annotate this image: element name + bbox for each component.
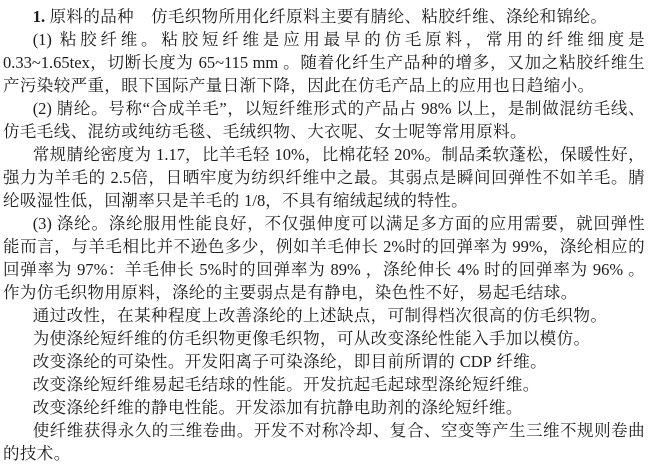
paragraph: 使纤维获得永久的三维卷曲。开发不对称冷却、复合、空变等产生三维不规则卷曲的技术。 — [3, 419, 645, 465]
text-run: 改变涤纶纤维的静电性能。开发添加有抗静电助剂的涤纶短纤维。 — [33, 398, 523, 417]
text-run: 粘胶纤维。粘胶短纤维是应用最早的仿毛原料，常用的纤维细度是 — [52, 30, 645, 49]
numeric-run: 10% — [274, 145, 304, 164]
paragraph: (3) 涤纶。涤纶服用性能良好，不仅强伸度可以满足多方面的应用需要，就回弹性能而… — [3, 212, 645, 304]
paragraph: 通过改性，在某种程度上改善涤纶的上述缺点，可制得档次很高的仿毛织物。 — [3, 304, 645, 327]
text-run: 纤维。 — [492, 352, 547, 371]
numeric-run: 1.17 — [156, 145, 185, 164]
numeric-run: 96% — [593, 260, 623, 279]
numeric-run: 97% — [77, 260, 107, 279]
text-run: ：羊毛伸长 — [107, 260, 199, 279]
numeric-run: 4% — [457, 260, 479, 279]
numeric-run: 2% — [383, 237, 405, 256]
paragraph: 改变涤纶纤维的静电性能。开发添加有抗静电助剂的涤纶短纤维。 — [3, 396, 645, 419]
numeric-run: 20% — [394, 145, 424, 164]
text-run: 腈纶。号称“合成羊毛”，以短纤维形式的产品占 — [52, 99, 421, 118]
text-run: 时的回弹率为 — [479, 260, 593, 279]
numeric-run: 0.33~1.65tex — [3, 53, 90, 72]
numeric-run: (2) — [33, 99, 52, 118]
paragraph: 改变涤纶短纤维易起毛结球的性能。开发抗起毛起球型涤纶短纤维。 — [3, 373, 645, 396]
text-run: ，不具有缩绒起绒的特性。 — [265, 191, 468, 210]
text-run: ，比羊毛轻 — [185, 145, 275, 164]
numeric-run: CDP — [460, 352, 492, 371]
document-body: 1. 原料的品种 仿毛织物所用化纤原料主要有腈纶、粘胶纤维、涤纶和锦纶。(1) … — [3, 5, 645, 465]
text-run: 时的回弹率为 — [405, 237, 512, 256]
numeric-run: 1. — [33, 7, 45, 26]
numeric-run: 2.5 — [111, 168, 132, 187]
numeric-run: 5% — [199, 260, 221, 279]
paragraph: (2) 腈纶。号称“合成羊毛”，以短纤维形式的产品占 98% 以上，是制做混纺毛… — [3, 97, 645, 143]
numeric-run: 98% — [421, 99, 451, 118]
text-run: ，涤纶伸长 — [361, 260, 457, 279]
paragraph: 1. 原料的品种 仿毛织物所用化纤原料主要有腈纶、粘胶纤维、涤纶和锦纶。 — [3, 5, 645, 28]
paragraph: 为使涤纶短纤维的仿毛织物更像毛织物，可从改变涤纶性能入手加以模仿。 — [3, 327, 645, 350]
text-run: 时的回弹率为 — [221, 260, 330, 279]
text-run: ，切断长度为 — [90, 53, 199, 72]
numeric-run: 65~115 mm — [199, 53, 279, 72]
text-run: ，比棉花轻 — [305, 145, 395, 164]
numeric-run: 99% — [512, 237, 542, 256]
numeric-run: (1) — [33, 30, 52, 49]
text-run: 为使涤纶短纤维的仿毛织物更像毛织物，可从改变涤纶性能入手加以模仿。 — [33, 329, 591, 348]
paragraph: 常规腈纶密度为 1.17，比羊毛轻 10%，比棉花轻 20%。制品柔软蓬松，保暖… — [3, 143, 645, 212]
text-run: 使纤维获得永久的三维卷曲。开发不对称冷却、复合、空变等产生三维不规则卷曲的技术。 — [3, 421, 645, 463]
text-run: 常规腈纶密度为 — [33, 145, 156, 164]
numeric-run: (3) — [33, 214, 52, 233]
text-run: 改变涤纶短纤维易起毛结球的性能。开发抗起毛起球型涤纶短纤维。 — [33, 375, 540, 394]
numeric-run: 89% — [331, 260, 361, 279]
document-page: 1. 原料的品种 仿毛织物所用化纤原料主要有腈纶、粘胶纤维、涤纶和锦纶。(1) … — [0, 0, 651, 465]
paragraph: 改变涤纶的可染性。开发阳离子可染涤纶，即目前所谓的 CDP 纤维。 — [3, 350, 645, 373]
text-run: 改变涤纶的可染性。开发阳离子可染涤纶，即目前所谓的 — [33, 352, 460, 371]
paragraph: (1) 粘胶纤维。粘胶短纤维是应用最早的仿毛原料，常用的纤维细度是 0.33~1… — [3, 28, 645, 97]
numeric-run: 1/8 — [244, 191, 265, 210]
text-run: 通过改性，在某种程度上改善涤纶的上述缺点，可制得档次很高的仿毛织物。 — [33, 306, 608, 325]
text-run: 原料的品种 仿毛织物所用化纤原料主要有腈纶、粘胶纤维、涤纶和锦纶。 — [45, 7, 607, 26]
